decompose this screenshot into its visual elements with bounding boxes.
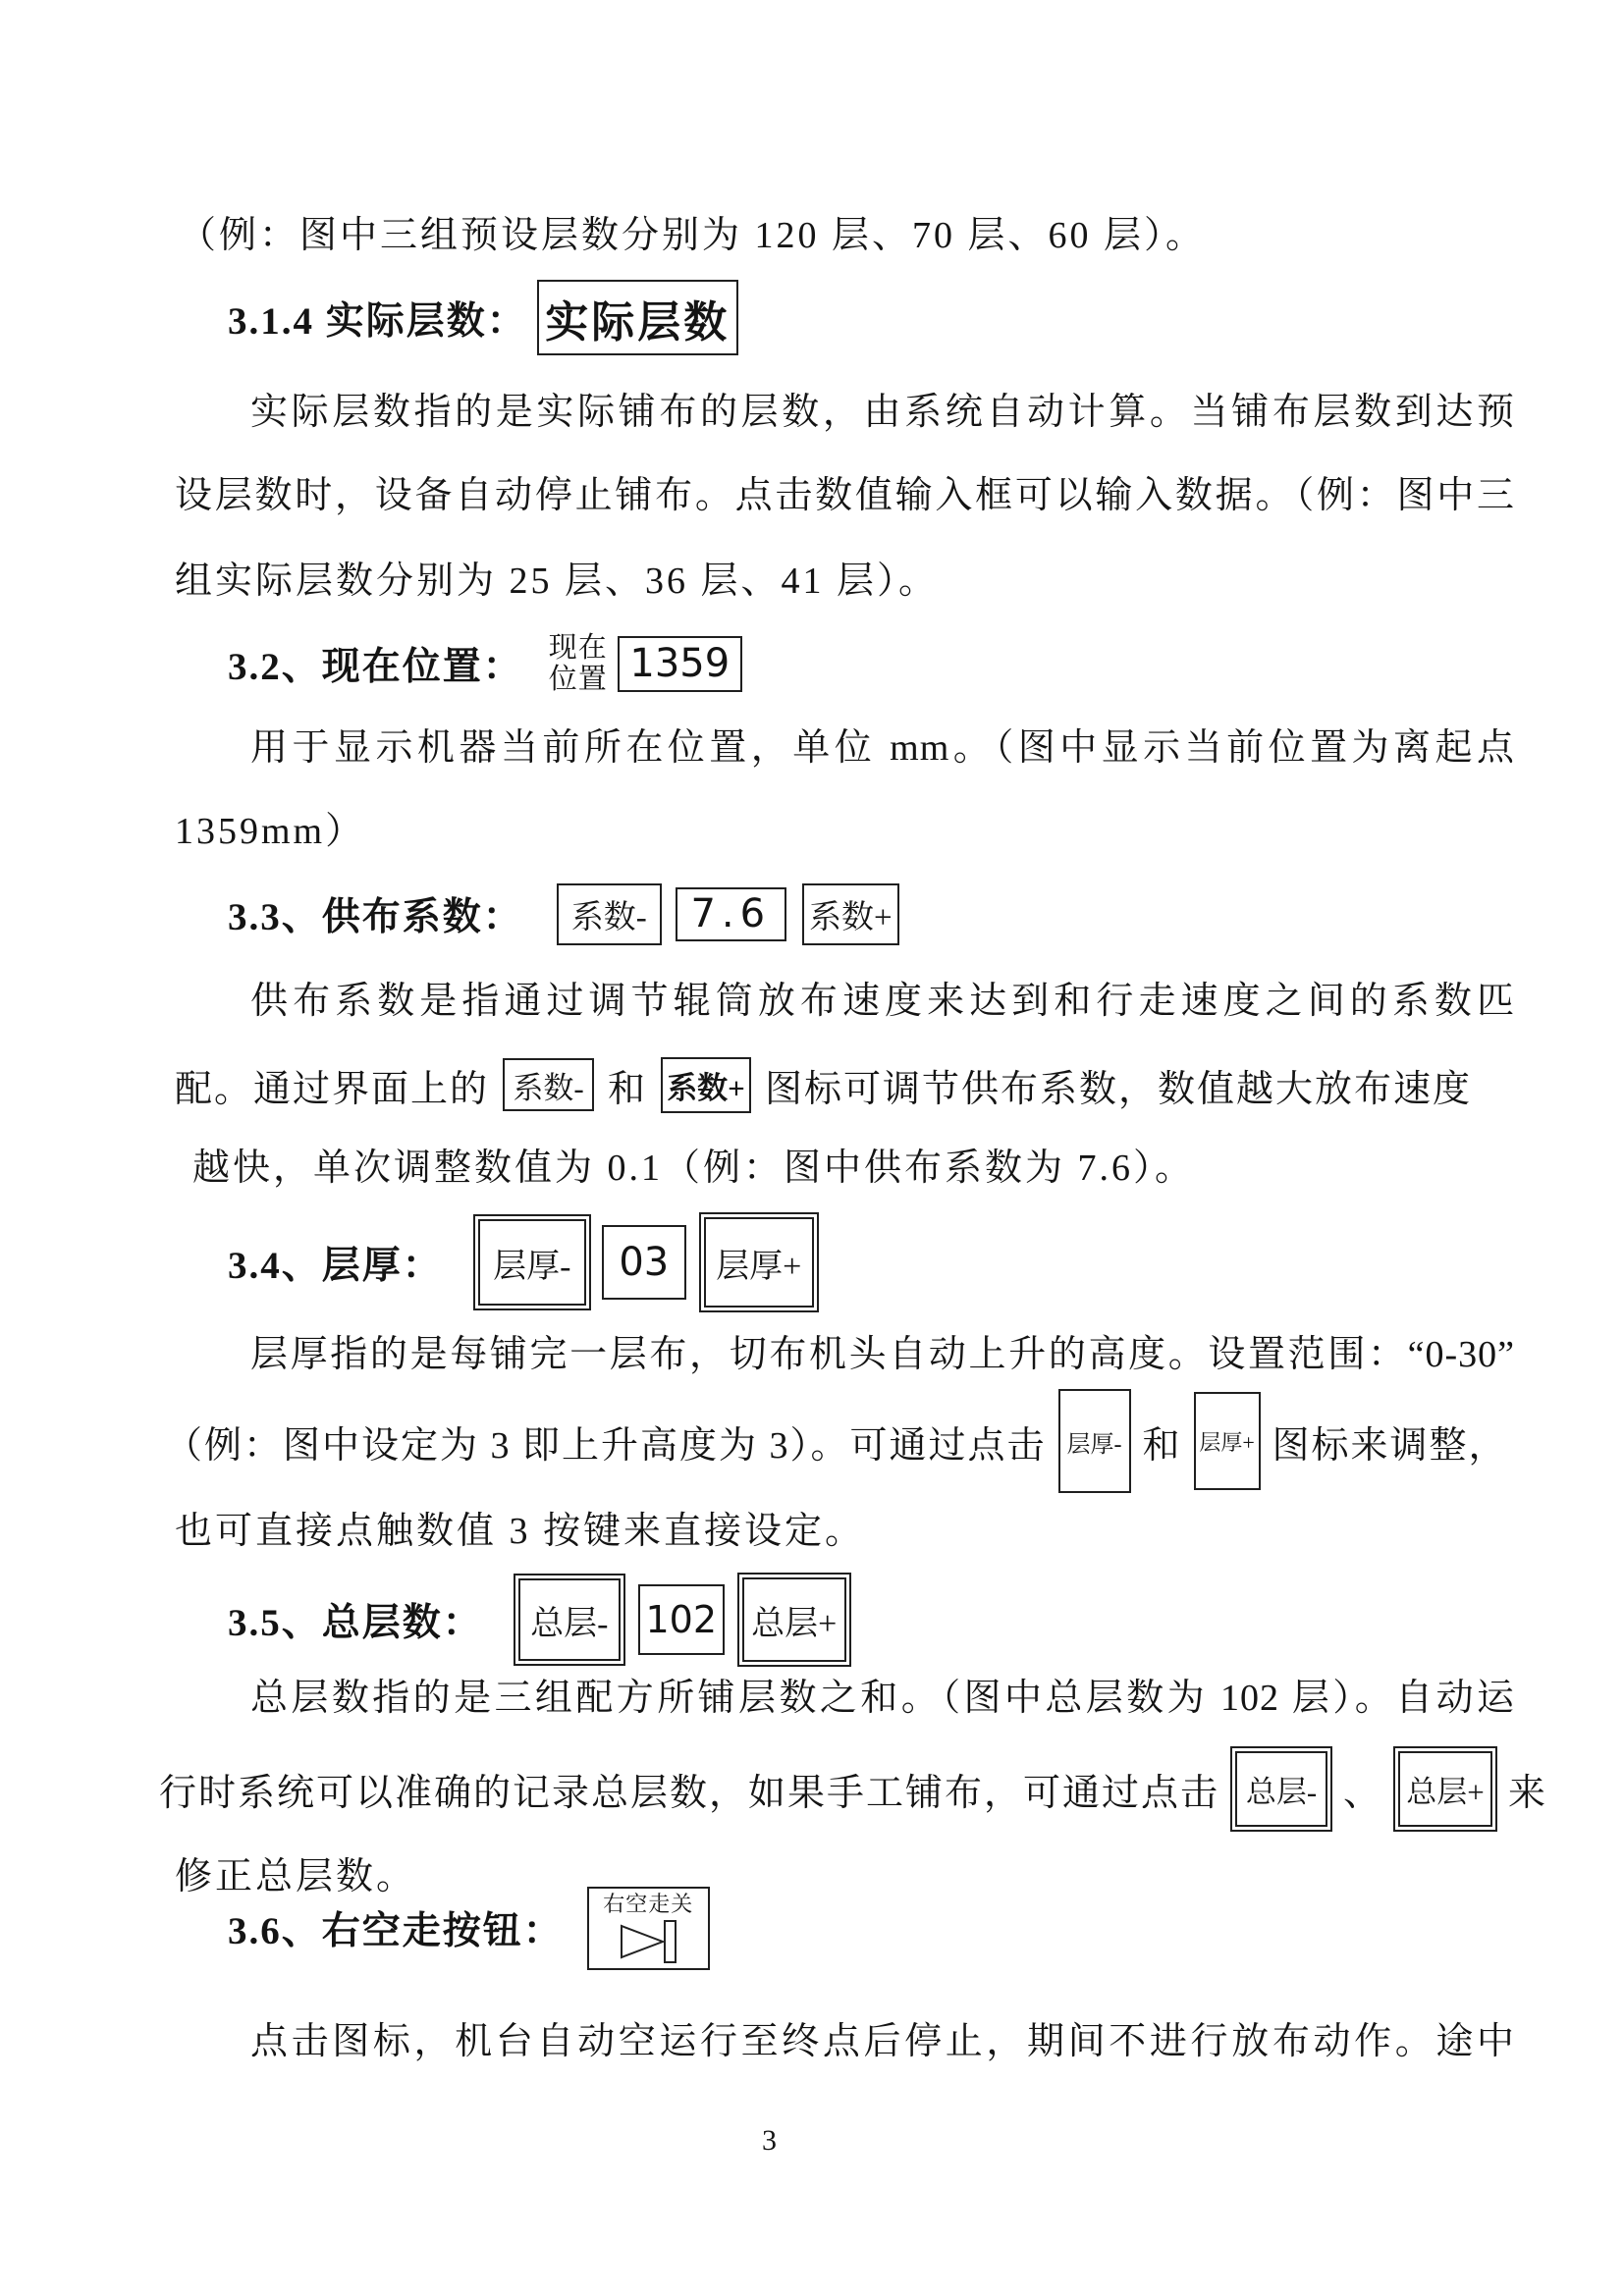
- section-3-4-heading: 3.4、层厚：: [228, 1235, 443, 1290]
- paragraph-text: 图标可调节供布系数，数值越大放布速度: [765, 1058, 1472, 1112]
- section-3-2-heading-row: 3.2、现在位置： 现在 位置 1359: [228, 628, 742, 699]
- thickness-plus-button-inline[interactable]: 层厚+: [1194, 1392, 1261, 1490]
- coefficient-minus-button[interactable]: 系数-: [557, 883, 662, 945]
- coefficient-minus-button-inline[interactable]: 系数-: [503, 1058, 594, 1111]
- paragraph-line: 也可直接点触数值 3 按键来直接设定。: [175, 1505, 865, 1558]
- paragraph-line-with-buttons: 行时系统可以准确的记录总层数，如果手工铺布，可通过点击 总层- 、 总层+ 来: [159, 1749, 1547, 1828]
- coefficient-plus-button[interactable]: 系数+: [802, 883, 899, 945]
- thickness-minus-button-inline[interactable]: 层厚-: [1058, 1389, 1131, 1493]
- thickness-plus-button[interactable]: 层厚+: [704, 1217, 814, 1308]
- section-3-4-heading-row: 3.4、层厚： 层厚- 03 层厚+: [228, 1216, 814, 1308]
- document-page: （例：图中三组预设层数分别为 120 层、70 层、60 层）。 3.1.4 实…: [0, 0, 1624, 2296]
- total-layers-plus-button-inline[interactable]: 总层+: [1398, 1751, 1492, 1827]
- paragraph-line: 越快，单次调整数值为 0.1（例：图中供布系数为 7.6）。: [192, 1142, 1195, 1195]
- section-3-2-heading: 3.2、现在位置：: [228, 636, 523, 691]
- current-position-label: 现在 位置: [549, 632, 608, 695]
- right-idle-run-switch-label: 右空走关: [603, 1891, 693, 1918]
- total-layers-minus-button[interactable]: 总层-: [518, 1578, 621, 1661]
- position-value-box[interactable]: 1359: [618, 636, 742, 692]
- coefficient-plus-button-inline[interactable]: 系数+: [661, 1057, 751, 1113]
- paragraph-line-with-buttons: 配。通过界面上的 系数- 和 系数+ 图标可调节供布系数，数值越大放布速度: [175, 1042, 1472, 1127]
- section-3-5-heading: 3.5、总层数：: [228, 1592, 483, 1647]
- total-layers-value-box[interactable]: 102: [638, 1584, 725, 1655]
- page-number: 3: [762, 2124, 777, 2158]
- paragraph-text: （例：图中设定为 3 即上升高度为 3）。可通过点击: [165, 1415, 1047, 1468]
- paragraph-line: 实际层数指的是实际铺布的层数，由系统自动计算。当铺布层数到达预: [250, 386, 1515, 439]
- section-3-1-4-heading-row: 3.1.4 实际层数： 实际层数: [228, 280, 738, 355]
- total-layers-plus-button[interactable]: 总层+: [742, 1577, 846, 1662]
- section-3-3-heading-row: 3.3、供布系数： 系数- 7.6 系数+: [228, 880, 899, 948]
- paragraph-text: 配。通过界面上的: [175, 1058, 489, 1112]
- current-position-label-bottom: 位置: [549, 664, 608, 695]
- paragraph-line: 组实际层数分别为 25 层、36 层、41 层）。: [175, 555, 939, 608]
- total-layers-minus-button-inline[interactable]: 总层-: [1235, 1751, 1327, 1827]
- thickness-minus-button[interactable]: 层厚-: [478, 1219, 586, 1306]
- coefficient-value-box[interactable]: 7.6: [676, 887, 786, 941]
- intro-line: （例：图中三组预设层数分别为 120 层、70 层、60 层）。: [179, 209, 1206, 262]
- actual-layers-display-button[interactable]: 实际层数: [537, 280, 738, 355]
- paragraph-line: 1359mm）: [175, 805, 365, 858]
- paragraph-line-with-buttons: （例：图中设定为 3 即上升高度为 3）。可通过点击 层厚- 和 层厚+ 图标来…: [165, 1386, 1508, 1496]
- section-3-5-heading-row: 3.5、总层数： 总层- 102 总层+: [228, 1576, 846, 1663]
- section-3-6-heading-row: 3.6、右空走按钮： 右空走关: [228, 1883, 710, 1973]
- paragraph-text: 、: [1343, 1762, 1382, 1816]
- paragraph-line: 总层数指的是三组配方所铺层数之和。（图中总层数为 102 层）。自动运: [250, 1672, 1515, 1725]
- paragraph-line: 点击图标，机台自动空运行至终点后停止，期间不进行放布动作。途中: [250, 2015, 1515, 2068]
- section-3-6-heading: 3.6、右空走按钮：: [228, 1900, 564, 1955]
- paragraph-line: 层厚指的是每铺完一层布，切布机头自动上升的高度。设置范围：“0-30”: [250, 1328, 1515, 1381]
- right-idle-run-switch-button[interactable]: 右空走关: [587, 1887, 710, 1970]
- paragraph-text: 和: [608, 1058, 647, 1112]
- play-to-end-icon: [616, 1919, 680, 1964]
- paragraph-line: 供布系数是指通过调节辊筒放布速度来达到和行走速度之间的系数匹: [250, 975, 1515, 1028]
- paragraph-text: 和: [1143, 1415, 1182, 1468]
- section-3-3-heading: 3.3、供布系数：: [228, 886, 523, 941]
- paragraph-line: 用于显示机器当前所在位置，单位 mm。（图中显示当前位置为离起点: [250, 721, 1515, 774]
- paragraph-line: 设层数时，设备自动停止铺布。点击数值输入框可以输入数据。（例：图中三: [175, 469, 1515, 522]
- paragraph-text: 图标来调整，: [1272, 1415, 1508, 1468]
- current-position-label-top: 现在: [549, 632, 608, 664]
- thickness-value-box[interactable]: 03: [602, 1225, 686, 1300]
- paragraph-text: 行时系统可以准确的记录总层数，如果手工铺布，可通过点击: [159, 1762, 1219, 1816]
- section-3-1-4-heading: 3.1.4 实际层数：: [228, 291, 527, 346]
- paragraph-text: 来: [1508, 1762, 1547, 1816]
